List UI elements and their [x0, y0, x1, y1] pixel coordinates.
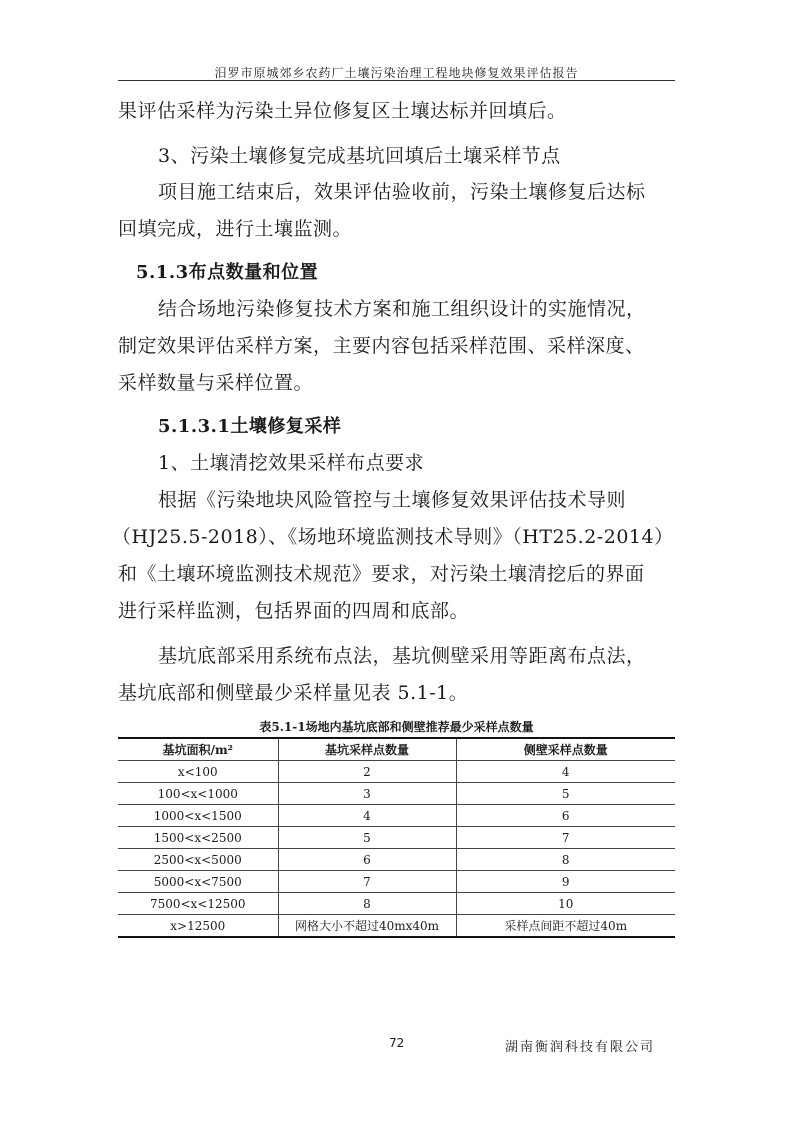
table-cell: 6	[456, 805, 675, 827]
paragraph-line: 项目施工结束后，效果评估验收前，污染土壤修复后达标	[158, 177, 646, 204]
table-cell: 网格大小不超过40mx40m	[278, 915, 456, 938]
table-cell: x>12500	[118, 915, 278, 938]
table-row: 2500<x<5000 6 8	[118, 849, 675, 871]
paragraph-line: 采样数量与采样位置。	[118, 368, 313, 395]
table-cell: 5000<x<7500	[118, 871, 278, 893]
page-number: 72	[389, 1036, 404, 1050]
paragraph-line: 和《土壤环境监测技术规范》要求，对污染土壤清挖后的界面	[118, 559, 645, 586]
running-header: 汨罗市原城郊乡农药厂土壤污染治理工程地块修复效果评估报告	[120, 64, 673, 81]
section-heading-5-1-3: 5.1.3布点数量和位置	[136, 258, 318, 284]
column-header: 基坑面积/m²	[118, 738, 278, 761]
table-cell: 8	[278, 893, 456, 915]
column-header: 基坑采样点数量	[278, 738, 456, 761]
table-cell: 2	[278, 761, 456, 783]
subheading-item-3: 3、污染土壤修复完成基坑回填后土壤采样节点	[158, 141, 561, 168]
table-cell: 7	[456, 827, 675, 849]
paragraph-line: 结合场地污染修复技术方案和施工组织设计的实施情况，	[158, 294, 646, 321]
table-header-row: 基坑面积/m² 基坑采样点数量 侧壁采样点数量	[118, 738, 675, 761]
table-cell: 采样点间距不超过40m	[456, 915, 675, 938]
paragraph-line: （HJ25.5-2018）、《场地环境监测技术导则》（HT25.2-2014）	[112, 522, 674, 549]
table-row: x>12500 网格大小不超过40mx40m 采样点间距不超过40m	[118, 915, 675, 938]
paragraph-line: 基坑底部和侧壁最少采样量见表 5.1-1。	[118, 678, 468, 705]
table-row: 1500<x<2500 5 7	[118, 827, 675, 849]
table-cell: 100<x<1000	[118, 783, 278, 805]
table-cell: 3	[278, 783, 456, 805]
paragraph-line: 果评估采样为污染土异位修复区土壤达标并回填后。	[118, 96, 567, 123]
table-row: x<100 2 4	[118, 761, 675, 783]
table-cell: 6	[278, 849, 456, 871]
section-heading-5-1-3-1: 5.1.3.1土壤修复采样	[158, 412, 341, 438]
table-cell: 10	[456, 893, 675, 915]
table-cell: 2500<x<5000	[118, 849, 278, 871]
table-cell: 4	[456, 761, 675, 783]
subheading-item-1: 1、土壤清挖效果采样布点要求	[158, 448, 424, 475]
company-name: 湖南衡润科技有限公司	[505, 1036, 655, 1055]
paragraph-line: 进行采样监测，包括界面的四周和底部。	[118, 596, 469, 623]
table-row: 1000<x<1500 4 6	[118, 805, 675, 827]
table-cell: 1000<x<1500	[118, 805, 278, 827]
header-divider	[118, 80, 675, 81]
table-cell: 4	[278, 805, 456, 827]
table-caption: 表5.1-1场地内基坑底部和侧壁推荐最少采样点数量	[118, 718, 675, 735]
table-cell: 5	[278, 827, 456, 849]
paragraph-line: 基坑底部采用系统布点法，基坑侧壁采用等距离布点法，	[158, 641, 646, 668]
table-cell: 1500<x<2500	[118, 827, 278, 849]
table-row: 100<x<1000 3 5	[118, 783, 675, 805]
table-row: 5000<x<7500 7 9	[118, 871, 675, 893]
table-cell: 8	[456, 849, 675, 871]
table-cell: 7	[278, 871, 456, 893]
paragraph-line: 回填完成，进行土壤监测。	[118, 214, 352, 241]
table-row: 7500<x<12500 8 10	[118, 893, 675, 915]
paragraph-line: 根据《污染地块风险管控与土壤修复效果评估技术导则	[158, 485, 626, 512]
column-header: 侧壁采样点数量	[456, 738, 675, 761]
paragraph-line: 制定效果评估采样方案，主要内容包括采样范围、采样深度、	[118, 331, 645, 358]
table-cell: 7500<x<12500	[118, 893, 278, 915]
table-cell: 5	[456, 783, 675, 805]
table-cell: x<100	[118, 761, 278, 783]
sampling-points-table: 基坑面积/m² 基坑采样点数量 侧壁采样点数量 x<100 2 4 100<x<…	[118, 737, 675, 938]
table-cell: 9	[456, 871, 675, 893]
